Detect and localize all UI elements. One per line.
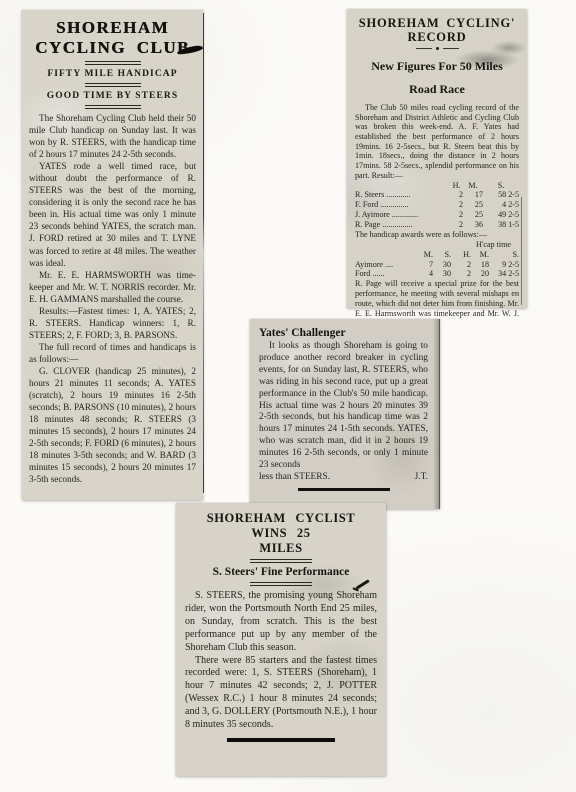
divider-rule (85, 105, 141, 109)
rider-name: R. Page ............... (355, 220, 450, 230)
hours: 2 (450, 210, 463, 220)
paragraph-intro: The Club 50 miles road cycling record of… (355, 103, 519, 181)
subheading-good-time: GOOD TIME BY STEERS (29, 90, 196, 102)
hcap-seconds: 30 (433, 260, 451, 270)
hcap-seconds: 30 (433, 269, 451, 279)
ink-tick-icon (355, 579, 369, 589)
clipping-title-line1: SHOREHAM CYCLIST WINS 25 (185, 511, 377, 541)
result-row: R. Page ............... 2 36 38 1-5 (355, 220, 519, 230)
clipping-cycling-record: SHOREHAM CYCLING' RECORD New Figures For… (347, 9, 527, 308)
minutes: 36 (463, 220, 483, 230)
divider-rule (250, 582, 312, 586)
minutes: 17 (463, 190, 483, 200)
divider-rule (85, 83, 141, 87)
seconds: 4 2-5 (483, 200, 519, 210)
divider-dot (436, 47, 439, 50)
handicap-row: Ford ...... 4 30 2 20 34 2-5 (355, 269, 519, 279)
paragraph: The Shoreham Cycling Club held their 50 … (29, 112, 196, 160)
clipping-title-line2: MILES (185, 541, 377, 556)
seconds: 34 2-5 (489, 269, 519, 279)
hours: 2 (450, 200, 463, 210)
divider-line (443, 48, 459, 49)
subheading-line2: Road Race (355, 83, 519, 97)
handicap-header-row: M. S. H. M. S. (355, 250, 519, 260)
last-line-text: less than STEERS. (259, 472, 330, 484)
spacer (355, 250, 413, 260)
results-table: H. M. S. R. Steers ............ 2 17 58 … (355, 181, 519, 231)
hours: 2 (457, 269, 471, 279)
result-row: J. Ayimore ............. 2 25 49 2-5 (355, 210, 519, 220)
clipping-title-line2: RECORD (355, 30, 519, 44)
col-header-minutes: M. (463, 181, 483, 191)
col-header-minutes: M. (471, 250, 489, 260)
hours: 2 (450, 190, 463, 200)
col-header-hcap-minutes: M. (413, 250, 433, 260)
result-row: F. Ford .............. 2 25 4 2-5 (355, 200, 519, 210)
rider-name: J. Ayimore ............. (355, 210, 450, 220)
paragraph: S. STEERS, the promising young Shoreham … (185, 590, 377, 655)
rider-name: R. Steers ............ (355, 190, 450, 200)
divider-rule (85, 61, 141, 65)
divider-dot-rule (355, 47, 519, 50)
handicap-table: M. S. H. M. S. Ayimore .... 7 30 2 18 9 … (355, 250, 519, 280)
clipping-yates-challenger: Yates' Challenger It looks as though Sho… (250, 319, 440, 509)
handicap-row: Ayimore .... 7 30 2 18 9 2-5 (355, 260, 519, 270)
paragraph-handicap-intro: The handicap awards were as follows:— (355, 230, 519, 240)
hours: 2 (450, 220, 463, 230)
subheading-fifty-mile: FIFTY MILE HANDICAP (29, 68, 196, 80)
rider-name: F. Ford .............. (355, 200, 450, 210)
paragraph: It looks as though Shoreham is going to … (259, 341, 428, 472)
spacer (355, 181, 450, 191)
col-header-seconds: S. (483, 181, 519, 191)
bottom-rule (298, 488, 390, 492)
scrapbook-page: SHOREHAM CYCLING CLUB FIFTY MILE HANDICA… (0, 0, 576, 792)
subheading-fine-performance: S. Steers' Fine Performance (185, 566, 377, 579)
clipping-title-line2: CYCLING CLUB (29, 38, 196, 58)
results-header-row: H. M. S. (355, 181, 519, 191)
paragraph-results: Results:—Fastest times: 1, A. YATES; 2, … (29, 305, 196, 341)
hcap-time-label: H'cap time (355, 240, 519, 250)
paragraph-full-record: G. CLOVER (handicap 25 minutes), 2 hours… (29, 365, 196, 485)
clipping-heading: Yates' Challenger (259, 326, 428, 340)
col-header-hours: H. (457, 250, 471, 260)
divider-line (416, 48, 432, 49)
clipping-title-line1: SHOREHAM CYCLING' (355, 16, 519, 30)
result-row: R. Steers ............ 2 17 58 2-5 (355, 190, 519, 200)
clipping-25-miles: SHOREHAM CYCLIST WINS 25 MILES S. Steers… (176, 503, 386, 776)
seconds: 49 2-5 (483, 210, 519, 220)
signature-initials: J.T. (415, 472, 428, 484)
hours: 2 (457, 260, 471, 270)
minutes: 18 (471, 260, 489, 270)
hcap-minutes: 7 (413, 260, 433, 270)
seconds: 58 2-5 (483, 190, 519, 200)
seconds: 9 2-5 (489, 260, 519, 270)
seconds: 38 1-5 (483, 220, 519, 230)
divider-rule (250, 559, 312, 563)
subheading-line1: New Figures For 50 Miles (355, 60, 519, 74)
rider-name: Ayimore .... (355, 260, 413, 270)
hcap-minutes: 4 (413, 269, 433, 279)
rider-name: Ford ...... (355, 269, 413, 279)
minutes: 20 (471, 269, 489, 279)
minutes: 25 (463, 200, 483, 210)
paragraph-results: There were 85 starters and the fastest t… (185, 655, 377, 732)
paragraph: Mr. E. E. HARMSWORTH was time-keeper and… (29, 269, 196, 305)
col-header-hcap-seconds: S. (433, 250, 451, 260)
clipping-title-line1: SHOREHAM (29, 18, 196, 38)
clipping-fifty-mile-handicap: SHOREHAM CYCLING CLUB FIFTY MILE HANDICA… (22, 10, 203, 500)
col-header-seconds: S. (489, 250, 519, 260)
bottom-rule (227, 738, 335, 742)
minutes: 25 (463, 210, 483, 220)
paragraph: The full record of times and handicaps i… (29, 341, 196, 365)
col-header-hours: H. (450, 181, 463, 191)
paragraph: YATES rode a well timed race, but withou… (29, 160, 196, 268)
signature-row: less than STEERS. J.T. (259, 472, 428, 484)
